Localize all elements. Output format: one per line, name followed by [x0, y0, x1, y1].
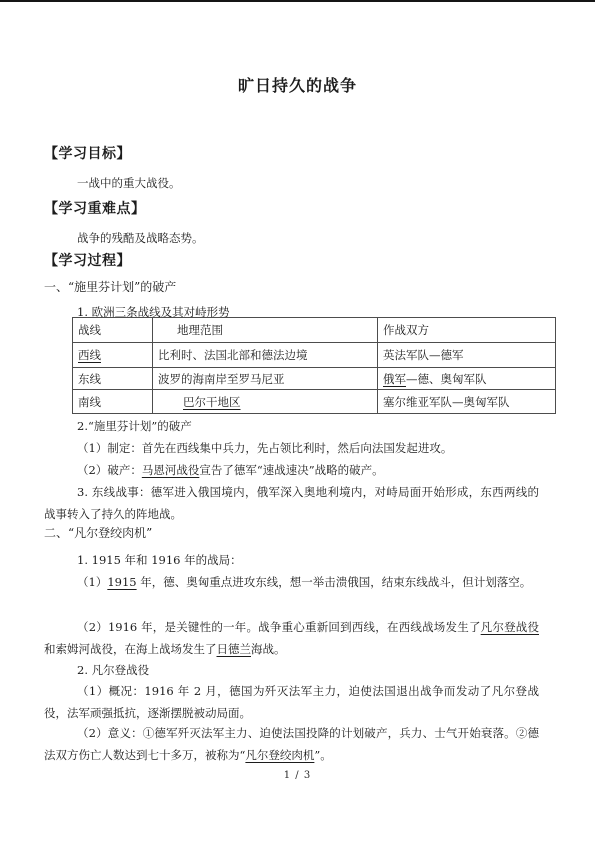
- part2-p1-post: 年，德、奥匈重点进攻东线，想一举击溃俄国，结束东线战斗，但计划落空。: [137, 575, 532, 589]
- cell-sides-east-rest: —德、奥匈军队: [406, 372, 487, 386]
- heading-learning-process: 【学习过程】: [44, 250, 544, 272]
- underlined-term: 1915: [107, 575, 136, 589]
- part2-p1: （1）1915 年，德、奥匈重点进攻东线，想一举击溃俄国，结束东线战斗，但计划落…: [44, 572, 539, 594]
- table-header-region: 地理范围: [153, 318, 378, 343]
- underlined-term: 俄军: [383, 372, 406, 386]
- fronts-table: 战线 地理范围 作战双方 西线 比利时、法国北部和德法边境 英法军队—德军 东线…: [72, 317, 556, 414]
- cell-front-east: 东线: [73, 368, 153, 390]
- cell-region-south: 巴尔干地区: [153, 390, 378, 414]
- paragraph-key-points-body: 战争的残酷及战略态势。: [44, 228, 539, 250]
- part2-p1-pre: （1）: [77, 575, 107, 589]
- underlined-term: 巴尔干地区: [183, 395, 241, 409]
- part2-p2: （2）1916 年，是关键性的一年。战争重心重新回到西线，在西线战场发生了凡尔登…: [44, 617, 539, 660]
- part2-item1: 1. 1915 年和 1916 年的战局：: [44, 550, 539, 572]
- document-page: 旷日持久的战争 【学习目标】 一战中的重大战役。 【学习重难点】 战争的残酷及战…: [0, 0, 595, 841]
- doc-title: 旷日持久的战争: [0, 74, 595, 98]
- cell-front-south: 南线: [73, 390, 153, 414]
- part2-p2-mid: 和索姆河战役，在海上战场发生了: [44, 642, 217, 656]
- underlined-term: 西线: [78, 348, 101, 362]
- part2-p2-pre: （2）1916 年，是关键性的一年。战争重心重新回到西线，在西线战场发生了: [77, 620, 481, 634]
- part2-p3: （1）概况：1916 年 2 月，德国为歼灭法军主力，迫使法国退出战争而发动了凡…: [44, 681, 539, 724]
- heading-learning-objectives: 【学习目标】: [44, 143, 544, 165]
- part1-p2-pre: （2）破产：: [77, 463, 142, 477]
- underlined-term: 马恩河战役: [142, 463, 200, 477]
- table-row-west: 西线 比利时、法国北部和德法边境 英法军队—德军: [73, 343, 556, 368]
- table-header-row: 战线 地理范围 作战双方: [73, 318, 556, 343]
- table-header-front: 战线: [73, 318, 153, 343]
- underlined-term: 凡尔登战役: [481, 620, 539, 634]
- part2-title: 二、“凡尔登绞肉机”: [44, 523, 539, 545]
- part1-p2-post: 宣告了德军“速战速决”战略的破产。: [199, 463, 383, 477]
- part2-p4: （2）意义：①德军歼灭法军主力、迫使法国投降的计划破产，兵力、士气开始衰落。②德…: [44, 723, 539, 766]
- part1-p1: （1）制定：首先在西线集中兵力，先占领比利时，然后向法国发起进攻。: [44, 438, 539, 460]
- cell-region-west: 比利时、法国北部和德法边境: [153, 343, 378, 368]
- cell-front-west: 西线: [73, 343, 153, 368]
- underlined-term: 日德兰: [217, 642, 252, 656]
- underlined-term: 凡尔登绞肉机: [245, 748, 314, 762]
- paragraph-objectives-body: 一战中的重大战役。: [44, 173, 539, 195]
- page-number: 1 / 3: [0, 769, 595, 783]
- cell-sides-south: 塞尔维亚军队—奥匈军队: [378, 390, 556, 414]
- part2-p2-post: 海战。: [251, 642, 286, 656]
- cell-sides-west: 英法军队—德军: [378, 343, 556, 368]
- part1-p2: （2）破产：马恩河战役宣告了德军“速战速决”战略的破产。: [44, 460, 539, 482]
- part2-item2: 2. 凡尔登战役: [44, 660, 539, 682]
- table-header-sides: 作战双方: [378, 318, 556, 343]
- cell-region-east: 波罗的海南岸至罗马尼亚: [153, 368, 378, 390]
- part1-item3: 3. 东线战事：德军进入俄国境内，俄军深入奥地利境内，对峙局面开始形成，东西两线…: [44, 482, 539, 525]
- page-top-edge: [0, 0, 595, 2]
- table-row-south: 南线 巴尔干地区 塞尔维亚军队—奥匈军队: [73, 390, 556, 414]
- heading-key-points: 【学习重难点】: [44, 198, 544, 220]
- cell-sides-east: 俄军—德、奥匈军队: [378, 368, 556, 390]
- part1-item2: 2.“施里芬计划”的破产: [44, 416, 539, 438]
- table-row-east: 东线 波罗的海南岸至罗马尼亚 俄军—德、奥匈军队: [73, 368, 556, 390]
- part2-p4-post: ”。: [314, 748, 331, 762]
- part1-title: 一、“施里芬计划”的破产: [44, 277, 539, 299]
